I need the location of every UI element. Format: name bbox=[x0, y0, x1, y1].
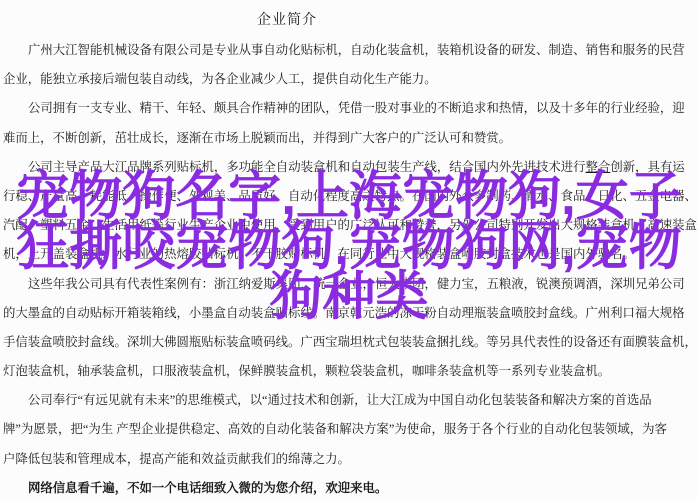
body-text-line: 户降低包装和管理成本，提高产能和效益贡献我们的绵薄之力。 bbox=[0, 445, 698, 474]
page-title: 企业简介 bbox=[0, 0, 698, 36]
body-text: 广州大江智能机械设备有限公司是专业从事自动化贴标机，自动化装盒机，装箱机设备的研… bbox=[0, 36, 698, 499]
body-text-line: 公司拥有一支专业、精干、年轻、颇具合作精神的团队，凭借一股对事业的不断追求和热情… bbox=[0, 94, 698, 123]
body-text-line: 的大墨盒的自动贴标开箱装箱线，小墨盒自动装盒贴标线。南京乾元浩的冻干粉自动理瓶装… bbox=[0, 299, 698, 328]
body-text-line: 机，上开盖装盒机，水行业的热熔胶贴标机，不干胶贴标机。在同行业中大规格装盒喷胶封… bbox=[0, 240, 698, 269]
body-text-line: 汽配、塑料五金、生活用纸等行业生产企业中使用，受到用户的广泛认可和赞誉，另外公司… bbox=[0, 211, 698, 240]
body-text-fragment: 公司主导产品大江品牌系列贴标机，多功能全自动装盒机和自动包装生产线，结合国内外先… bbox=[28, 160, 586, 174]
keyword-link-zhenghe[interactable]: 整合 bbox=[586, 160, 611, 174]
body-text-line: 广州大江智能机械设备有限公司是专业从事自动化贴标机，自动化装盒机，装箱机设备的研… bbox=[0, 36, 698, 65]
body-text-line: 行稳、产量高、耗能低、操作便、外观美、品质好、自动化程度高之特点。在国内外众多制… bbox=[0, 182, 698, 211]
body-text-fragment: 创新，具有运 bbox=[610, 160, 684, 174]
body-text-line: 公司主导产品大江品牌系列贴标机，多功能全自动装盒机和自动包装生产线，结合国内外先… bbox=[0, 153, 698, 182]
body-text-line: 公司奉行“有远见就有未来”的思维模式，以“通过技术和创新，让大江成为中国自动化包… bbox=[0, 386, 698, 415]
body-text-line: 手信装盒喷胶封盒线。深圳大佛圆瓶贴标装盒喷码线。广西宝瑞坦枕式包装装盒捆扎线。等… bbox=[0, 328, 698, 357]
body-text-line: 企业，能独立承接后端包装自动线，为各企业减少人工，提供自动化生产能力。 bbox=[0, 65, 698, 94]
company-intro-page: 企业简介 广州大江智能机械设备有限公司是专业从事自动化贴标机，自动化装盒机，装箱… bbox=[0, 0, 698, 499]
closing-call-line: 网络信息看千遍，不如一个电话细致入微的为您介绍，欢迎来电。 bbox=[0, 474, 698, 499]
body-text-line: 难而上，不断创新，茁壮成长，逐渐在市场上脱颖而出，并得到广大客户的广泛认可和赞赏… bbox=[0, 124, 698, 153]
body-text-line: 牌”为愿景，把“为生 产型企业提供稳定、高效的自动化装备和解决方案”为使命，服务… bbox=[0, 415, 698, 444]
body-text-line: 这些年我公司具有代表性案例有：浙江纳爱斯集团，统一企业，恒大集团，健力宝，五粮液… bbox=[0, 270, 698, 299]
body-text-line: 灯泡装盒机，轴承装盒机，口服液装盒机，保鲜膜装盒机，颗粒袋装盒机，咖啡条装盒机等… bbox=[0, 357, 698, 386]
